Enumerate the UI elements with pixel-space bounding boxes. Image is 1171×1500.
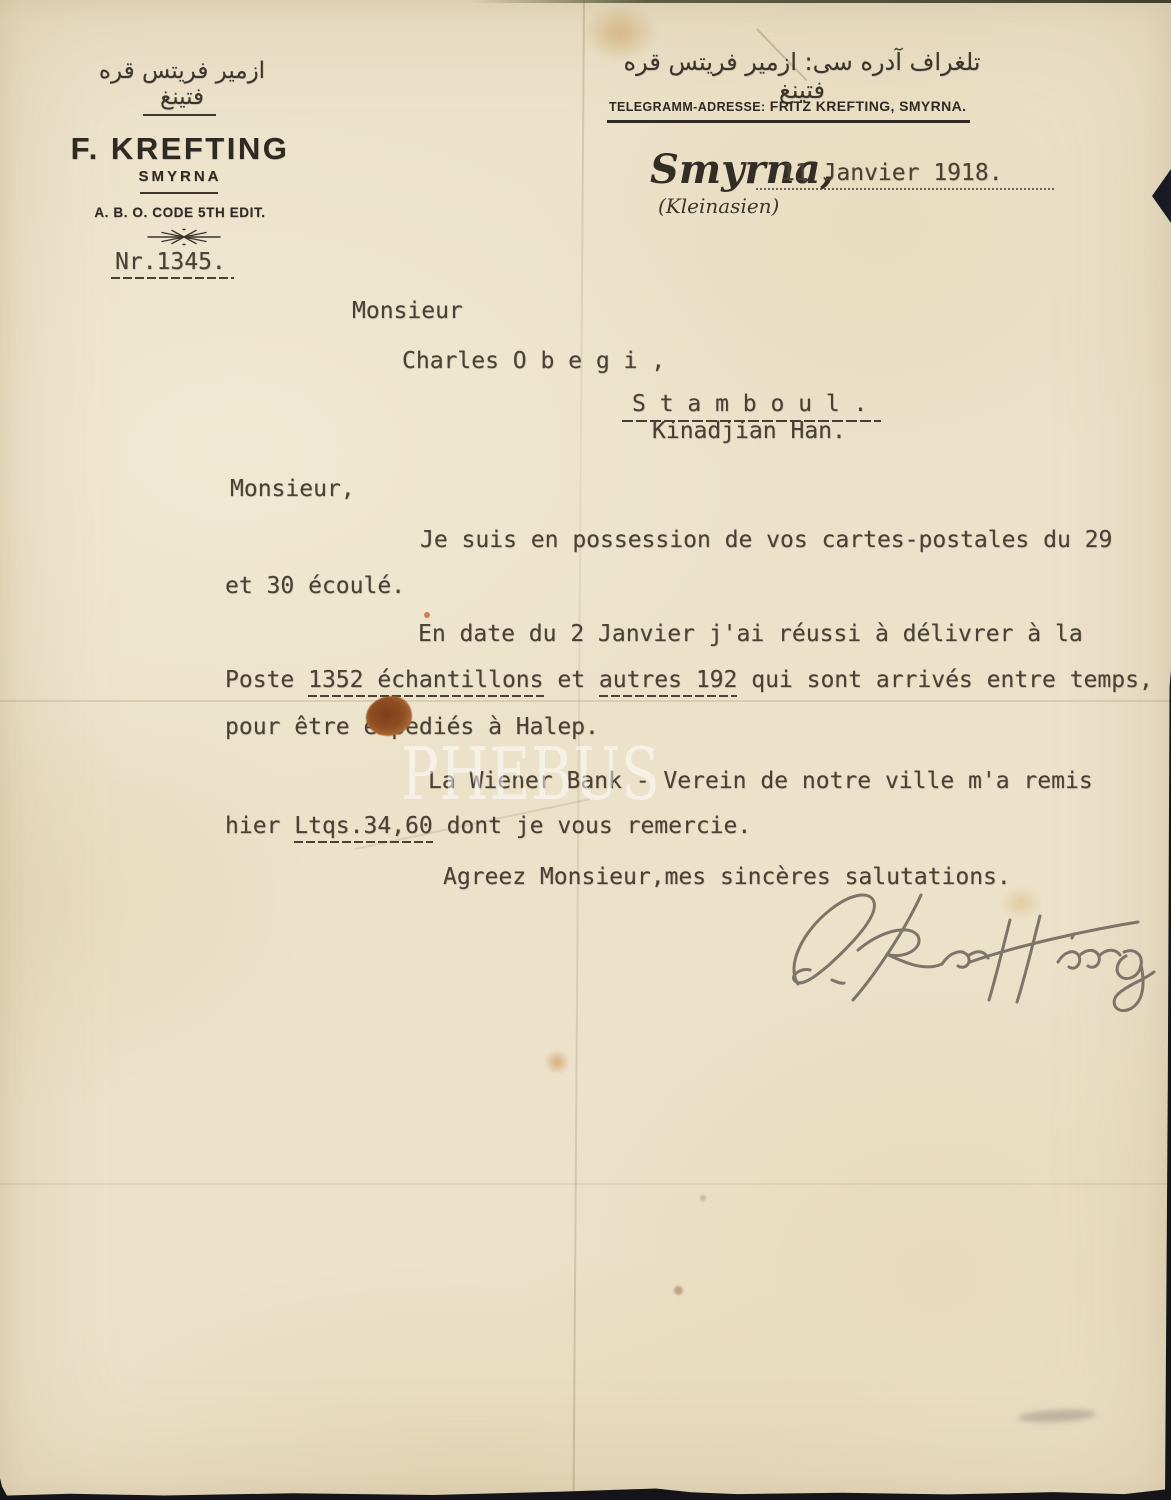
- signature-handwriting: [758, 888, 1158, 1033]
- body-salutation: Monsieur,: [230, 477, 355, 501]
- company-name: F. KREFTING: [56, 131, 304, 167]
- body-line-4-mid: et: [544, 667, 599, 693]
- code-edition-line: A. B. O. CODE 5TH EDIT.: [28, 205, 332, 220]
- body-line-7-pre: hier: [225, 813, 294, 839]
- recipient-title: Monsieur: [352, 299, 463, 323]
- body-line-4-pre: Poste: [225, 667, 308, 693]
- paper-background: [0, 0, 1171, 1500]
- body-line-7: hier Ltqs.34,60 dont je vous remercie.: [225, 814, 751, 838]
- telegram-address-label: TELEGRAMM-ADRESSE:: [609, 100, 766, 114]
- body-line-5: pour être expediés à Halep.: [225, 715, 599, 739]
- body-line-7-post: dont je vous remercie.: [433, 813, 752, 839]
- letterhead-arabic-left: ازمير فريتس قره فتينغ: [78, 58, 286, 110]
- region-note: (Kleinasien): [658, 194, 779, 218]
- body-line-4-post: qui sont arrivés entre temps,: [737, 667, 1152, 693]
- letterhead-arabic-right: تلغراف آدره سى: ازمير فريتس قره فتينغ: [616, 48, 988, 104]
- body-line-4: Poste 1352 échantillons et autres 192 qu…: [225, 668, 1153, 692]
- company-city: SMYRNA: [56, 168, 304, 185]
- reference-number-line: Nr.1345.: [111, 250, 234, 274]
- body-line-3: En date du 2 Janvier j'ai réussi à déliv…: [418, 622, 1083, 646]
- amount-underlined: Ltqs.34,60: [294, 813, 432, 843]
- reference-number: Nr.1345.: [111, 249, 234, 279]
- recipient-address: Kinadjian Han.: [652, 419, 846, 443]
- typed-date: 11 Janvier 1918.: [781, 161, 1003, 185]
- telegram-address-line: TELEGRAMM-ADRESSE: FRITZ KREFTING, SMYRN…: [607, 98, 970, 123]
- body-line-1: Je suis en possession de vos cartes-post…: [420, 528, 1112, 552]
- telegram-address-value: FRITZ KREFTING, SMYRNA.: [766, 98, 967, 114]
- divider-ornament-icon: [146, 228, 222, 246]
- additional-count-underlined: autres 192: [599, 667, 737, 697]
- body-line-2: et 30 écoulé.: [225, 574, 405, 598]
- body-closing: Agreez Monsieur,mes sincères salutations…: [443, 865, 1011, 889]
- samples-count-underlined: 1352 échantillons: [308, 667, 543, 697]
- body-line-6: La Wiener Bank - Verein de notre ville m…: [428, 769, 1093, 793]
- letter-document: ازمير فريتس قره فتينغ F. KREFTING SMYRNA…: [0, 0, 1171, 1500]
- recipient-name: Charles O b e g i ,: [402, 349, 665, 373]
- recipient-city-line: S t a m b o u l .: [622, 392, 881, 416]
- letterhead-divider-line-2: [140, 192, 218, 194]
- letterhead-divider-line-1: [143, 114, 216, 116]
